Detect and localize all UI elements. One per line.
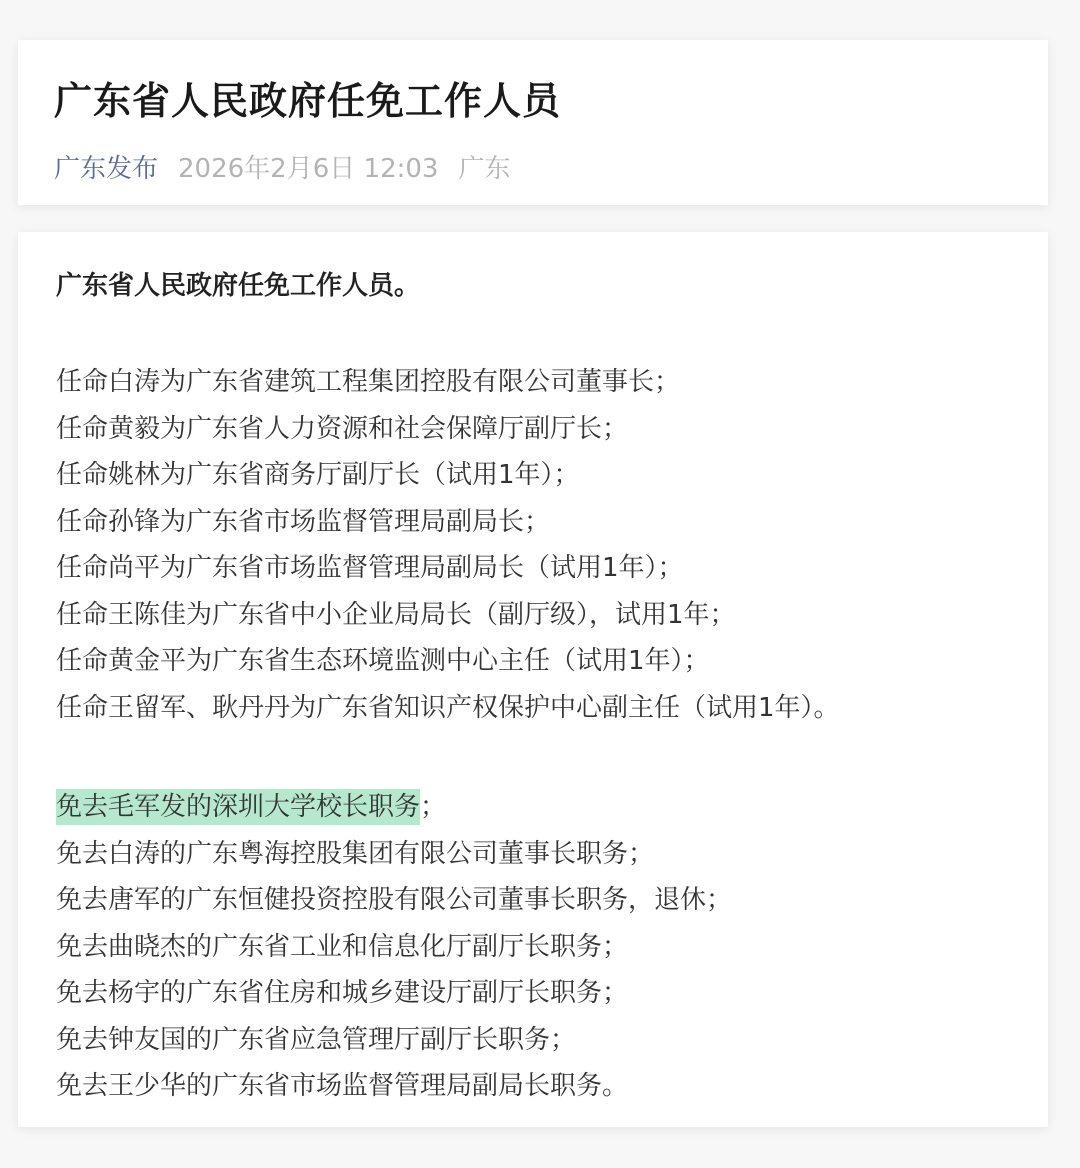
source-account-link[interactable]: 广东发布 — [54, 154, 158, 184]
appointment-line: 任命尚平为广东省市场监督管理局副局长（试用1年）； — [56, 545, 1018, 592]
paragraph-gap — [56, 731, 1018, 784]
article-title: 广东省人民政府任免工作人员 — [54, 70, 561, 125]
appointment-line: 任命孙锋为广东省市场监督管理局副局长； — [56, 499, 1018, 546]
publish-date: 2026年2月6日 12:03 — [178, 154, 438, 184]
removal-line: 免去杨宇的广东省住房和城乡建设厅副厅长职务； — [56, 970, 1018, 1017]
article-body-card: 广东省人民政府任免工作人员。 任命白涛为广东省建筑工程集团控股有限公司董事长； … — [18, 232, 1048, 1127]
article-meta: 广东发布2026年2月6日 12:03广东 — [54, 148, 510, 185]
highlighted-text: 免去毛军发的深圳大学校长职务 — [56, 789, 420, 825]
article-content: 广东省人民政府任免工作人员。 任命白涛为广东省建筑工程集团控股有限公司董事长； … — [56, 266, 1018, 1110]
appointment-line: 任命王陈佳为广东省中小企业局局长（副厅级），试用1年； — [56, 592, 1018, 639]
removal-line: 免去唐军的广东恒健投资控股有限公司董事长职务，退休； — [56, 877, 1018, 924]
removal-line: 免去王少华的广东省市场监督管理局副局长职务。 — [56, 1063, 1018, 1110]
removal-line: 免去曲晓杰的广东省工业和信息化厅副厅长职务； — [56, 924, 1018, 971]
removal-line-highlighted: 免去毛军发的深圳大学校长职务； — [56, 784, 1018, 831]
removal-line: 免去钟友国的广东省应急管理厅副厅长职务； — [56, 1017, 1018, 1064]
appointment-line: 任命王留军、耿丹丹为广东省知识产权保护中心副主任（试用1年）。 — [56, 685, 1018, 732]
appointment-line: 任命白涛为广东省建筑工程集团控股有限公司董事长； — [56, 359, 1018, 406]
removal-line: 免去白涛的广东粤海控股集团有限公司董事长职务； — [56, 831, 1018, 878]
publish-location: 广东 — [458, 154, 510, 184]
paragraph-gap — [56, 306, 1018, 359]
appointment-line: 任命姚林为广东省商务厅副厅长（试用1年）； — [56, 452, 1018, 499]
highlight-suffix: ； — [420, 792, 446, 822]
article-lead: 广东省人民政府任免工作人员。 — [56, 266, 1018, 306]
appointment-line: 任命黄金平为广东省生态环境监测中心主任（试用1年）； — [56, 638, 1018, 685]
article-header-card: 广东省人民政府任免工作人员 广东发布2026年2月6日 12:03广东 — [18, 40, 1048, 205]
appointment-line: 任命黄毅为广东省人力资源和社会保障厅副厅长； — [56, 406, 1018, 453]
